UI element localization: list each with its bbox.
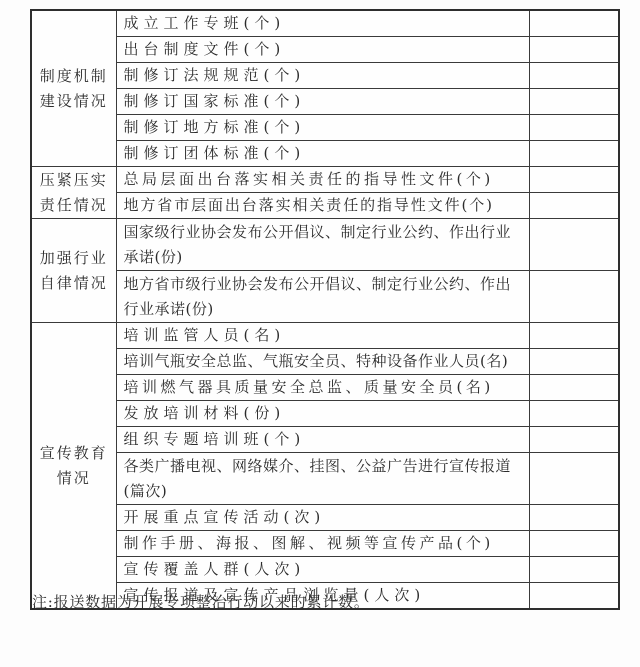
category-cell: 制度机制建设情况 (31, 10, 116, 167)
value-cell (529, 141, 619, 167)
table-row: 地方省市级行业协会发布公开倡议、制定行业公约、作出行业承诺(份) (31, 271, 619, 323)
table-row: 加强行业自律情况国家级行业协会发布公开倡议、制定行业公约、作出行业承诺(份) (31, 219, 619, 271)
category-cell: 宣传教育情况 (31, 323, 116, 610)
item-cell: 总局层面出台落实相关责任的指导性文件(个) (116, 167, 529, 193)
value-cell (529, 193, 619, 219)
item-cell: 制修订团体标准(个) (116, 141, 529, 167)
value-cell (529, 167, 619, 193)
value-cell (529, 427, 619, 453)
item-cell: 培训燃气器具质量安全总监、质量安全员(名) (116, 375, 529, 401)
value-cell (529, 531, 619, 557)
item-cell: 制修订地方标准(个) (116, 115, 529, 141)
table-row: 制作手册、海报、图解、视频等宣传产品(个) (31, 531, 619, 557)
value-cell (529, 63, 619, 89)
value-cell (529, 219, 619, 271)
footnote: 注:报送数据为开展专项整治行动以来的累计数。 (32, 591, 370, 612)
table-row: 制修订团体标准(个) (31, 141, 619, 167)
table-row: 压紧压实责任情况总局层面出台落实相关责任的指导性文件(个) (31, 167, 619, 193)
item-cell: 开展重点宣传活动(次) (116, 505, 529, 531)
table-row: 制度机制建设情况成立工作专班(个) (31, 10, 619, 37)
value-cell (529, 323, 619, 349)
scanned-report-page: 制度机制建设情况成立工作专班(个)出台制度文件(个)制修订法规规范(个)制修订国… (0, 0, 640, 667)
value-cell (529, 115, 619, 141)
value-cell (529, 453, 619, 505)
item-cell: 组织专题培训班(个) (116, 427, 529, 453)
item-cell: 发放培训材料(份) (116, 401, 529, 427)
value-cell (529, 505, 619, 531)
table-row: 发放培训材料(份) (31, 401, 619, 427)
value-cell (529, 583, 619, 610)
value-cell (529, 271, 619, 323)
item-cell: 地方省市级行业协会发布公开倡议、制定行业公约、作出行业承诺(份) (116, 271, 529, 323)
table-row: 各类广播电视、网络媒介、挂图、公益广告进行宣传报道(篇次) (31, 453, 619, 505)
table-row: 组织专题培训班(个) (31, 427, 619, 453)
item-cell: 制修订国家标准(个) (116, 89, 529, 115)
item-cell: 各类广播电视、网络媒介、挂图、公益广告进行宣传报道(篇次) (116, 453, 529, 505)
table-row: 制修订法规规范(个) (31, 63, 619, 89)
item-cell: 制修订法规规范(个) (116, 63, 529, 89)
category-cell: 加强行业自律情况 (31, 219, 116, 323)
table-row: 培训燃气器具质量安全总监、质量安全员(名) (31, 375, 619, 401)
item-cell: 地方省市层面出台落实相关责任的指导性文件(个) (116, 193, 529, 219)
item-cell: 培训监管人员(名) (116, 323, 529, 349)
table-row: 开展重点宣传活动(次) (31, 505, 619, 531)
category-cell: 压紧压实责任情况 (31, 167, 116, 219)
table-row: 制修订地方标准(个) (31, 115, 619, 141)
report-table: 制度机制建设情况成立工作专班(个)出台制度文件(个)制修订法规规范(个)制修订国… (30, 9, 620, 610)
item-cell: 制作手册、海报、图解、视频等宣传产品(个) (116, 531, 529, 557)
item-cell: 成立工作专班(个) (116, 10, 529, 37)
item-cell: 国家级行业协会发布公开倡议、制定行业公约、作出行业承诺(份) (116, 219, 529, 271)
value-cell (529, 349, 619, 375)
value-cell (529, 89, 619, 115)
value-cell (529, 37, 619, 63)
value-cell (529, 375, 619, 401)
table-row: 宣传教育情况培训监管人员(名) (31, 323, 619, 349)
value-cell (529, 10, 619, 37)
table-row: 地方省市层面出台落实相关责任的指导性文件(个) (31, 193, 619, 219)
table-row: 出台制度文件(个) (31, 37, 619, 63)
item-cell: 出台制度文件(个) (116, 37, 529, 63)
table-row: 制修订国家标准(个) (31, 89, 619, 115)
value-cell (529, 557, 619, 583)
report-table-body: 制度机制建设情况成立工作专班(个)出台制度文件(个)制修订法规规范(个)制修订国… (31, 10, 619, 609)
table-row: 培训气瓶安全总监、气瓶安全员、特种设备作业人员(名) (31, 349, 619, 375)
item-cell: 培训气瓶安全总监、气瓶安全员、特种设备作业人员(名) (116, 349, 529, 375)
value-cell (529, 401, 619, 427)
item-cell: 宣传覆盖人群(人次) (116, 557, 529, 583)
table-row: 宣传覆盖人群(人次) (31, 557, 619, 583)
